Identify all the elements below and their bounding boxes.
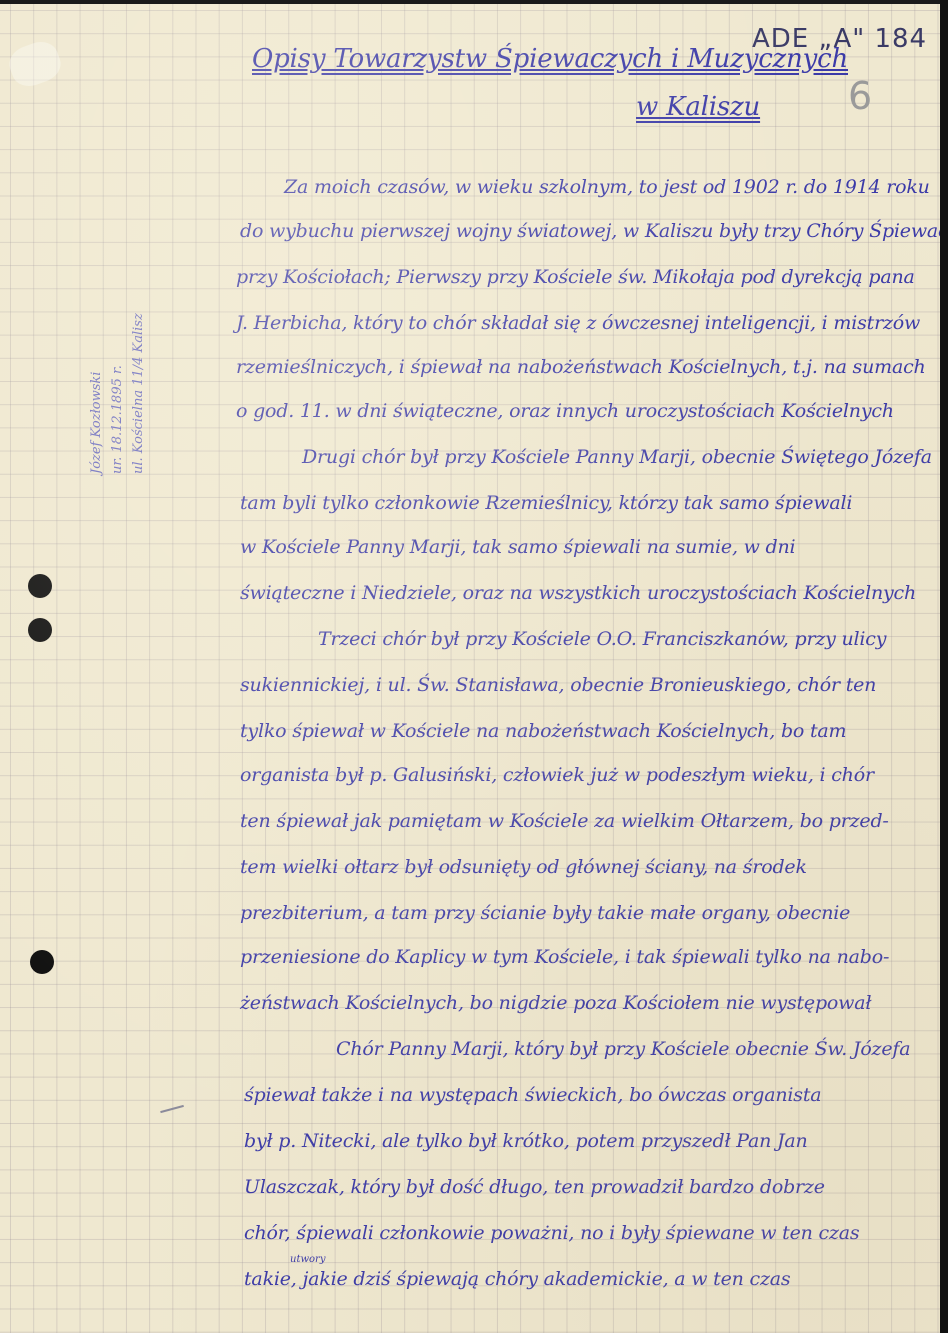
text-line: świąteczne i Niedziele, oraz na wszystki… — [240, 582, 916, 604]
margin-note-line: ur. 18.12.1895 r. — [107, 313, 128, 474]
text-line: prezbiterium, a tam przy ścianie były ta… — [240, 902, 850, 924]
text-line: o god. 11. w dni świąteczne, oraz innych… — [236, 400, 894, 422]
insertion-note: utwory — [290, 1254, 325, 1265]
text-line: żeństwach Kościelnych, bo nigdzie poza K… — [240, 992, 871, 1014]
scan-edge — [940, 0, 948, 1333]
page-number: 6 — [848, 74, 872, 118]
text-line: ten śpiewał jak pamiętam w Kościele za w… — [240, 810, 889, 832]
text-line: do wybuchu pierwszej wojny światowej, w … — [240, 220, 940, 242]
text-line: śpiewał także i na występach świeckich, … — [244, 1084, 821, 1106]
text-line: chór, śpiewali członkowie poważni, no i … — [244, 1222, 859, 1244]
text-line: Chór Panny Marji, który był przy Kościel… — [336, 1038, 910, 1060]
punch-hole — [30, 950, 54, 974]
text-line: w Kościele Panny Marji, tak samo śpiewal… — [240, 536, 795, 558]
text-line: tam byli tylko członkowie Rzemieślnicy, … — [240, 492, 852, 514]
text-line: Za moich czasów, w wieku szkolnym, to je… — [284, 176, 930, 198]
margin-note: Józef Kozłowski ur. 18.12.1895 r. ul. Ko… — [86, 313, 149, 474]
margin-note-line: ul. Kościelna 11/4 Kalisz — [128, 313, 149, 474]
text-line: organista był p. Galusiński, człowiek ju… — [240, 764, 874, 786]
margin-note-line: Józef Kozłowski — [86, 313, 107, 474]
document-subtitle: w Kaliszu — [636, 92, 760, 122]
notebook-page: Opisy Towarzystw Śpiewaczych i Muzycznyc… — [0, 4, 940, 1333]
text-line: Drugi chór był przy Kościele Panny Marji… — [302, 446, 932, 468]
punch-hole — [28, 618, 52, 642]
pencil-mark — [160, 1105, 184, 1113]
text-line: Trzeci chór był przy Kościele O.O. Franc… — [318, 628, 886, 650]
text-line: J. Herbicha, który to chór składał się z… — [236, 312, 920, 334]
text-line: rzemieślniczych, i śpiewał na nabożeństw… — [236, 356, 926, 378]
text-line: takie, jakie dziś śpiewają chóry akademi… — [244, 1268, 790, 1290]
paper-stain — [5, 37, 66, 92]
text-line: sukiennickiej, i ul. Św. Stanisława, obe… — [240, 674, 876, 696]
text-line: był p. Nitecki, ale tylko był krótko, po… — [244, 1130, 808, 1152]
text-line: przeniesione do Kaplicy w tym Kościele, … — [240, 946, 889, 968]
text-line: tem wielki ołtarz był odsunięty od główn… — [240, 856, 807, 878]
text-line: tylko śpiewał w Kościele na nabożeństwac… — [240, 720, 846, 742]
archive-reference: ADE „A" 184 — [752, 24, 927, 54]
punch-hole — [28, 574, 52, 598]
text-line: Ulaszczak, który był dość długo, ten pro… — [244, 1176, 825, 1198]
text-line: przy Kościołach; Pierwszy przy Kościele … — [236, 266, 915, 288]
